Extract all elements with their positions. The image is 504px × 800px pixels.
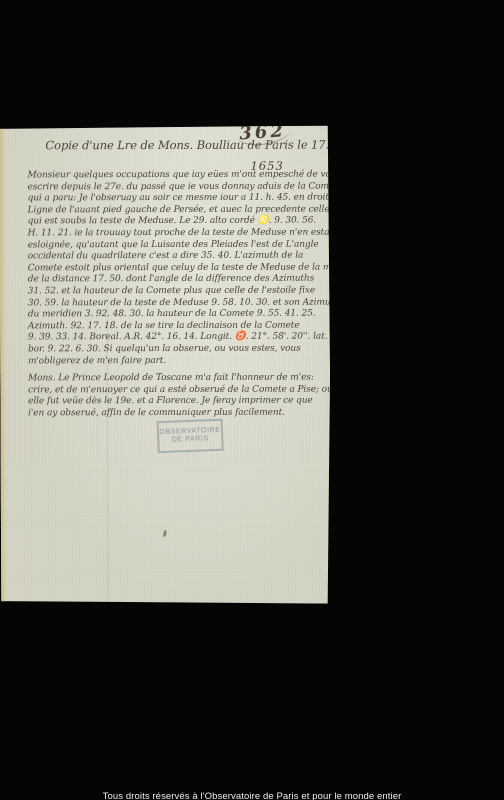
manuscript-line: 9. 39. 33. 14. Boreal. A.R. 42°. 16. 14.… (28, 332, 328, 344)
manuscript-line: 31. 52. et la hauteur de la Comete plus … (28, 286, 328, 298)
manuscript-line: du meridien 3. 92. 48. 30. la hauteur de… (28, 309, 328, 321)
copyright-caption-bar: Tous droits réservés à l'Observatoire de… (0, 784, 504, 800)
observatory-stamp: OBSERVATOIRE DE PARIS (157, 419, 224, 453)
manuscript-line: Mons. Le Prince Leopold de Toscane m'a f… (28, 373, 328, 385)
manuscript-line: qui a paru: Je l'obseruay au soir ce mes… (28, 193, 328, 205)
letter-body: Monsieur quelques occupations que iay eü… (27, 170, 328, 420)
letter-postscript: Mons. Le Prince Leopold de Toscane m'a f… (28, 373, 328, 420)
manuscript-line: H. 11. 21. ie la trouuay tout proche de … (28, 228, 328, 240)
manuscript-line: 30. 59. la hauteur de la teste de Meduse… (28, 297, 328, 309)
manuscript-line: esloignée, qu'autant que la Luisante des… (28, 239, 328, 251)
stamp-line-2: DE PARIS (172, 435, 209, 445)
paper-edge (0, 126, 7, 604)
manuscript-line: escrire depuis le 27e. du passé que ie v… (28, 181, 328, 193)
ink-speck (163, 530, 167, 537)
manuscript-line: m'obligerez de m'en faire part. (28, 355, 328, 367)
manuscript-line: Comete estoit plus oriental que celuy de… (28, 262, 328, 274)
manuscript-line: qui est soubs la teste de Meduse. Le 29.… (28, 216, 328, 228)
manuscript-page: Copie d'une Lre de Mons. Boulliau de Par… (0, 126, 331, 605)
photo-background: Copie d'une Lre de Mons. Boulliau de Par… (0, 0, 504, 800)
copyright-caption: Tous droits réservés à l'Observatoire de… (103, 791, 402, 800)
manuscript-line: elle fut veüe dès le 19e. et a Florence.… (28, 396, 328, 408)
manuscript-line: i'en ay obserué, affin de le communiquer… (28, 407, 328, 419)
manuscript-line: Monsieur quelques occupations que iay eü… (27, 170, 327, 182)
manuscript-line: occidental du quadrilatere c'est a dire … (28, 251, 328, 263)
manuscript-line: de la distance 17. 50. dont l'angle de l… (28, 274, 328, 286)
manuscript-line: bor. 9. 22. 6. 30. Si quelqu'un la obser… (28, 343, 328, 355)
